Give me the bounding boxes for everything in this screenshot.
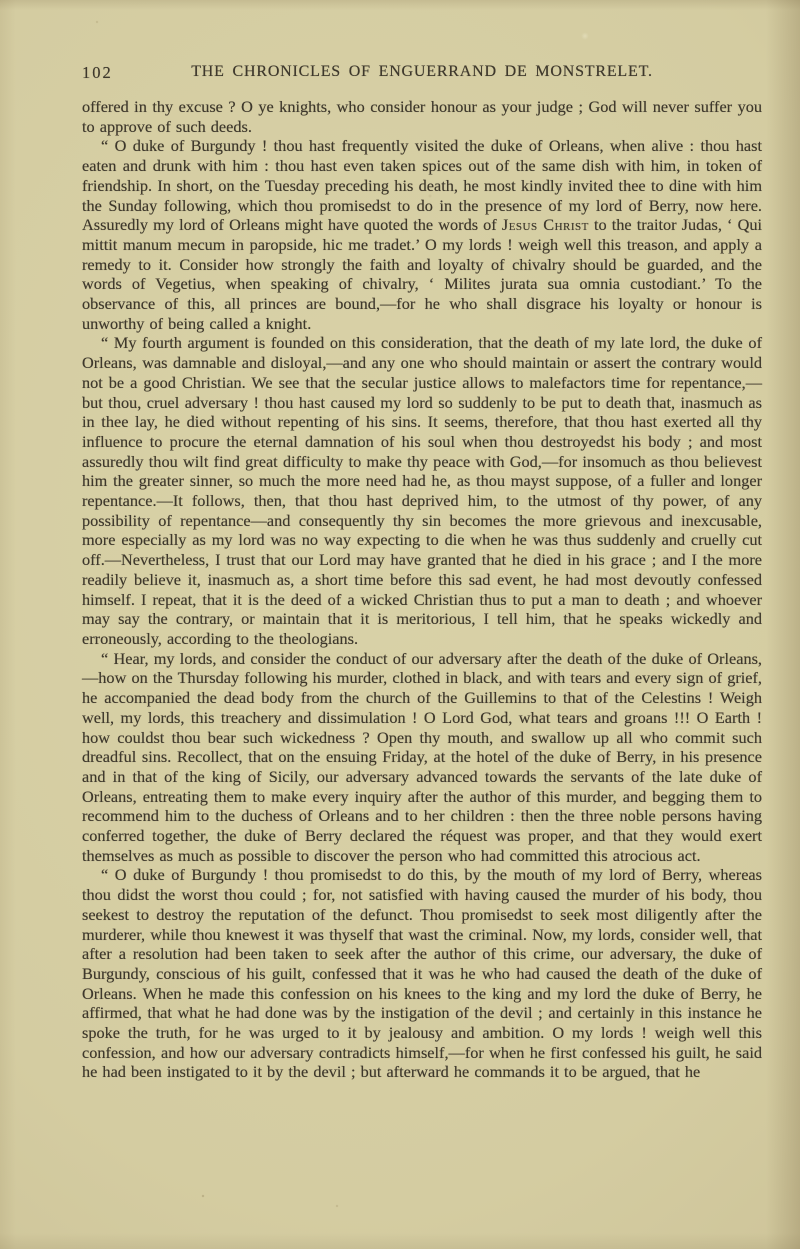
book-page-scan: 102 THE CHRONICLES OF ENGUERRAND DE MONS… — [0, 0, 800, 1249]
paragraph-fourth-argument: “ My fourth argument is founded on this … — [82, 333, 762, 648]
page-body: offered in thy excuse ? O ye knights, wh… — [82, 97, 762, 1082]
small-caps-jesus-christ: Jesus Christ — [502, 215, 589, 234]
paragraph-confession: “ O duke of Burgundy ! thou promisedst t… — [82, 865, 762, 1082]
paragraph-hear-my-lords: “ Hear, my lords, and consider the condu… — [82, 649, 762, 866]
paragraph-continuation: offered in thy excuse ? O ye knights, wh… — [82, 97, 762, 136]
page-number: 102 — [82, 63, 113, 83]
paragraph-duke-of-burgundy-visits: “ O duke of Burgundy ! thou hast frequen… — [82, 136, 762, 333]
page-header: 102 THE CHRONICLES OF ENGUERRAND DE MONS… — [82, 63, 762, 83]
running-title: THE CHRONICLES OF ENGUERRAND DE MONSTREL… — [82, 63, 762, 81]
